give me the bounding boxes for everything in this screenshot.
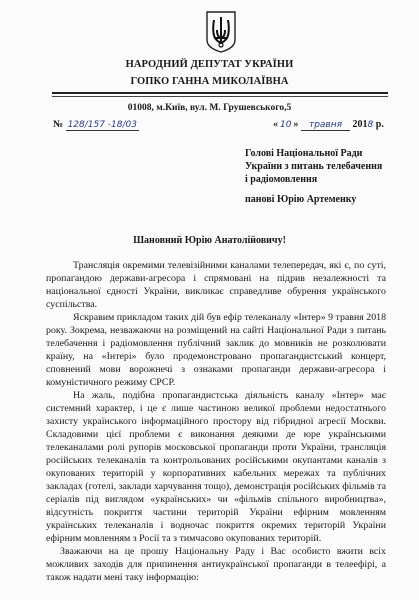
recipient-line-3: і радіомовлення (245, 173, 382, 186)
letterhead-title: НАРОДНИЙ ДЕПУТАТ УКРАЇНИ (0, 59, 419, 70)
body-text: Трансляція окремими телевізійними канала… (46, 259, 386, 584)
reference-date: «10» травня 2018 р. (273, 119, 384, 130)
recipient-line-1: Голові Національної Ради (245, 147, 382, 160)
header-rule-thin (52, 96, 388, 97)
salutation: Шановний Юрію Анатолійовичу! (0, 235, 419, 246)
handwritten-number: 128/157 -18/03 (66, 120, 139, 131)
number-label: № (53, 119, 63, 130)
recipient-name: панові Юрію Артеменку (245, 193, 382, 206)
year-suffix: р. (376, 119, 384, 130)
letter-page: НАРОДНИЙ ДЕПУТАТ УКРАЇНИ ГОПКО ГАННА МИК… (0, 0, 419, 600)
paragraph-3: На жаль, подібна пропагандистська діяльн… (46, 389, 386, 545)
paragraph-4: Зважаючи на це прошу Національну Раду і … (46, 545, 386, 584)
letterhead-name: ГОПКО ГАННА МИКОЛАЇВНА (0, 76, 419, 87)
handwritten-month: травня (301, 120, 350, 131)
paragraph-1: Трансляція окремими телевізійними канала… (46, 259, 386, 311)
letterhead-address: 01008, м.Київ, вул. М. Грушевського,5 (0, 103, 419, 113)
recipient-block: Голові Національної Ради України з питан… (245, 147, 382, 206)
trident-coat-of-arms-icon (205, 10, 237, 54)
header-rule-thick (52, 92, 388, 94)
quote-close: » (293, 119, 298, 130)
paragraph-2: Яскравим прикладом таких дій був ефір те… (46, 311, 386, 389)
handwritten-year-digit: 8 (368, 120, 374, 130)
reference-number: № 128/157 -18/03 (53, 119, 139, 130)
year-prefix: 201 (353, 119, 368, 130)
recipient-line-2: України з питань телебачення (245, 160, 382, 173)
handwritten-day: 10 (278, 120, 293, 130)
